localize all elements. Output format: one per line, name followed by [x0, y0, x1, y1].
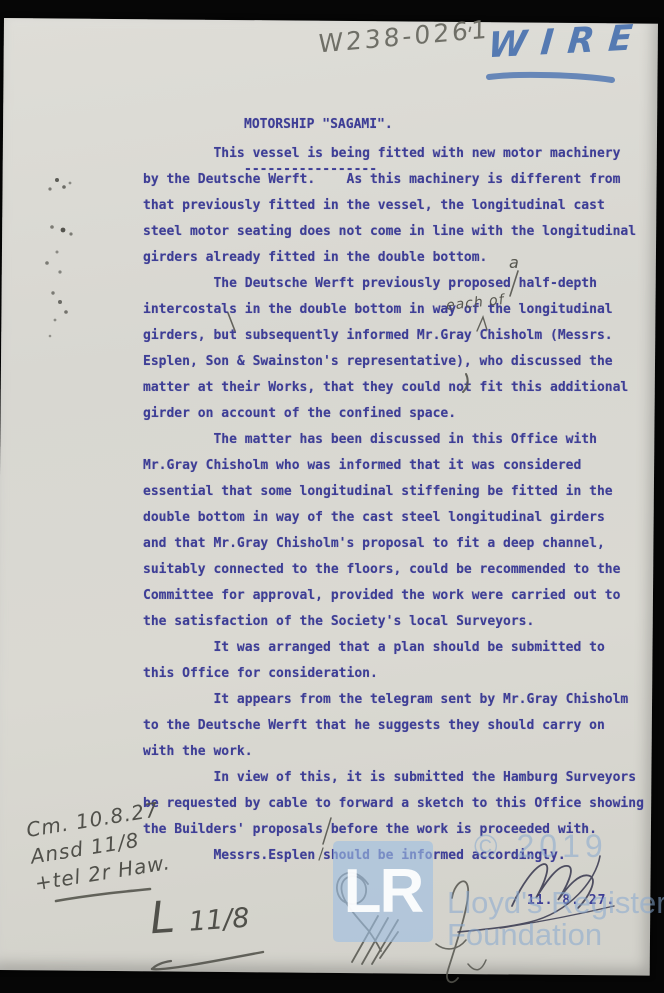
initial-underline-hook [152, 961, 171, 969]
pencil-initial-and-date: L11/8 [148, 887, 250, 945]
typed-line: The matter has been discussed in this Of… [143, 427, 663, 453]
typed-line: The Deutsche Werft previously proposed h… [143, 271, 663, 297]
typed-line: It was arranged that a plan should be su… [143, 635, 663, 661]
initial-underline [152, 952, 263, 969]
pin-holes-cluster [45, 178, 72, 337]
typed-line: by the Deutsche Werft. As this machinery… [143, 167, 663, 193]
pencil-loop-scribble [337, 873, 381, 951]
pencil-notes-block: Cm. 10.8.27 Ansd 11/8 +tel 2r Haw. [25, 796, 173, 897]
pencil-hatch-scribble [352, 916, 398, 964]
typed-line: Messrs.Esplen should be informed accordi… [143, 843, 663, 869]
typed-line: that previously fitted in the vessel, th… [143, 193, 663, 219]
typed-line: suitably connected to the floors, could … [143, 557, 663, 583]
initial-date: 11/8 [188, 903, 251, 938]
typed-line: girder on account of the confined space. [143, 401, 663, 427]
typed-line: Committee for approval, provided the wor… [143, 583, 663, 609]
typed-line: In view of this, it is submitted the Ham… [143, 765, 663, 791]
typed-line: girders, but subsequently informed Mr.Gr… [143, 323, 663, 349]
initial-glyph: L [148, 892, 176, 945]
pencil-j-flick [468, 960, 486, 970]
document-title: MOTORSHIP "SAGAMI". [244, 117, 393, 132]
wire-underline-stroke [489, 75, 612, 80]
wire-label-handwritten: WIRE [486, 18, 648, 67]
typed-line: the satisfaction of the Society's local … [143, 609, 663, 635]
typed-line: be requested by cable to forward a sketc… [143, 791, 663, 817]
document-content-layer: MOTORSHIP "SAGAMI". ----------------- Th… [0, 0, 664, 993]
typed-line: the Builders' proposals before the work … [143, 817, 663, 843]
typed-line: matter at their Works, that they could n… [143, 375, 663, 401]
watermark-foundation: Foundation [447, 917, 602, 953]
typed-line: Mr.Gray Chisholm who was informed that i… [143, 453, 663, 479]
typed-line: Esplen, Son & Swainston's representative… [143, 349, 663, 375]
pencil-j-scribble [447, 881, 468, 982]
typed-line: This vessel is being fitted with new mot… [143, 141, 663, 167]
typed-line: essential that some longitudinal stiffen… [143, 479, 663, 505]
typed-line: to the Deutsche Werft that he suggests t… [143, 713, 663, 739]
typed-paragraphs: This vessel is being fitted with new mot… [143, 141, 663, 869]
typed-line: It appears from the telegram sent by Mr.… [143, 687, 663, 713]
typed-line: double bottom in way of the cast steel l… [143, 505, 663, 531]
ink-signature-strike [500, 906, 614, 928]
typed-line: with the work. [143, 739, 663, 765]
typed-line: steel motor seating does not come in lin… [143, 219, 663, 245]
typed-date: 11. 8. 27. [527, 893, 615, 908]
typed-line: this Office for consideration. [143, 661, 663, 687]
pencil-j-cross [436, 940, 466, 949]
insertion-a-handwritten: a [509, 253, 519, 272]
typed-line: girders already fitted in the double bot… [143, 245, 663, 271]
scanned-document-page: { "scan": { "reference_number": "W238-02… [0, 0, 664, 993]
typed-line: and that Mr.Gray Chisholm's proposal to … [143, 531, 663, 557]
typed-line: intercostals in the double bottom in way… [143, 297, 663, 323]
